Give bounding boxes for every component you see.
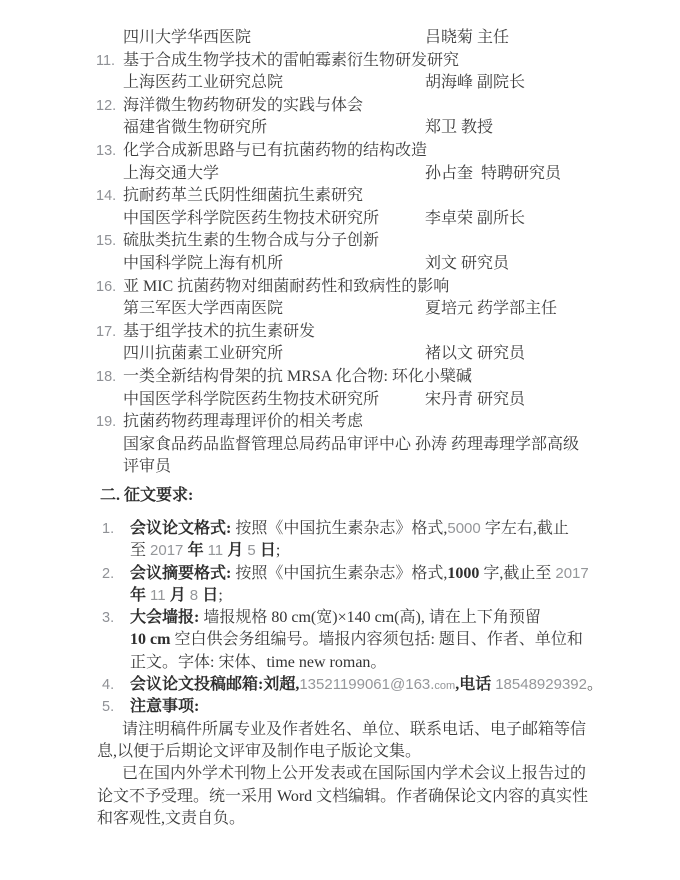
- requirement-line: 3.大会墙报: 墙报规格 80 cm(宽)×140 cm(高), 请在上下角预留: [100, 607, 615, 629]
- text-run: 会议摘要格式:: [130, 565, 231, 582]
- talk-affiliation-row: 福建省微生物研究所郑卫 教授: [100, 117, 610, 140]
- requirement-line: 2.会议摘要格式: 按照《中国抗生素杂志》格式,1000 字,截止至 2017: [100, 563, 615, 585]
- text-run: 会议论文投稿邮箱:刘超,: [130, 676, 299, 693]
- talk-item: 19.抗菌药物药理毒理评价的相关考虑: [100, 411, 610, 434]
- institution-name: 上海交通大学: [123, 165, 219, 182]
- talk-affiliation-row: 四川抗菌素工业研究所褚以文 研究员: [100, 343, 610, 366]
- text-run: (宽): [311, 609, 338, 626]
- talk-item: 18.一类全新结构骨架的抗 MRSA 化合物: 环化小檗碱: [100, 366, 610, 389]
- talk-item: 16.亚 MIC 抗菌药物对细菌耐药性和致病性的影响: [100, 276, 610, 299]
- text-run: 1000: [447, 565, 483, 582]
- document-page: 四川大学华西医院吕晓菊 主任11.基于合成生物学技术的雷帕霉素衍生物研发研究上海…: [0, 0, 680, 880]
- requirement-line: 已在国内外学术刊物上公开发表或在国际国内学术会议上报告过的: [97, 763, 615, 785]
- requirement-number: 3.: [102, 607, 114, 629]
- requirement-number: 1.: [102, 518, 114, 540]
- requirement-line: 论文不予受理。统一采用 Word 文档编辑。作者确保论文内容的真实性: [97, 786, 615, 808]
- talk-item: 15.硫肽类抗生素的生物合成与分子创新: [100, 230, 610, 253]
- talk-title: 抗耐药革兰氏阴性细菌抗生素研究: [123, 187, 363, 204]
- speaker-name: 郑卫 教授: [425, 117, 493, 140]
- requirement-number: 4.: [102, 674, 114, 696]
- institution-name: 上海医药工业研究总院: [123, 74, 283, 91]
- text-run: ×140 cm: [338, 609, 395, 626]
- text-run: time new roman: [266, 654, 370, 671]
- speaker-name: 李卓荣 副所长: [425, 208, 525, 231]
- text-run: 和客观性,文责自负。: [97, 810, 245, 827]
- text-run: 8: [190, 587, 203, 604]
- talk-title: 化学合成新思路与已有抗菌药物的结构改造: [123, 142, 427, 159]
- requirement-line: 和客观性,文责自负。: [97, 808, 615, 830]
- talk-affiliation-row: 中国科学院上海有机所刘文 研究员: [100, 253, 610, 276]
- requirement-line: 至 2017 年 11 月 5 日;: [100, 540, 615, 562]
- text-run: 按照《中国抗生素杂志》格式,: [231, 520, 447, 537]
- requirement-number: 5.: [102, 696, 114, 718]
- text-run: 月: [170, 587, 190, 604]
- talk-item: 17.基于组学技术的抗生素研发: [100, 321, 610, 344]
- institution-name: 福建省微生物研究所: [123, 119, 267, 136]
- speaker-name: 吕晓菊 主任: [425, 27, 509, 50]
- speaker-name: 褚以文 研究员: [425, 343, 525, 366]
- text-run: 论文不予受理。统一采用: [97, 788, 277, 805]
- talk-title: 海洋微生物药物研发的实践与体会: [123, 97, 363, 114]
- talk-affiliation-row: 中国医学科学院医药生物技术研究所宋丹青 研究员: [100, 389, 610, 412]
- talk-number: 17.: [96, 321, 116, 344]
- text-run: 10 cm: [130, 631, 174, 648]
- text-run: 息,以便于后期论文评审及制作电子版论文集。: [97, 743, 421, 760]
- talk-number: 18.: [96, 366, 116, 389]
- text-run: 。: [370, 654, 386, 671]
- text-run: 2017: [555, 565, 588, 582]
- talks-list: 四川大学华西医院吕晓菊 主任11.基于合成生物学技术的雷帕霉素衍生物研发研究上海…: [100, 27, 610, 479]
- requirement-line: 请注明稿件所属专业及作者姓名、单位、联系电话、电子邮箱等信: [97, 719, 615, 741]
- requirement-line: 年 11 月 8 日;: [100, 585, 615, 607]
- text-run: 日: [202, 587, 218, 604]
- requirement-line: 10 cm 空白供会务组编号。墙报内容须包括: 题目、作者、单位和: [100, 629, 615, 651]
- talk-number: 12.: [96, 95, 116, 118]
- talk-number: 16.: [96, 276, 116, 299]
- text-run: 已在国内外学术刊物上公开发表或在国际国内学术会议上报告过的: [122, 765, 586, 782]
- talk-affiliation-row: 第三军医大学西南医院夏培元 药学部主任: [100, 298, 610, 321]
- text-run: 。: [587, 676, 603, 693]
- text-run: 会议论文格式:: [130, 520, 231, 537]
- requirement-line: 息,以便于后期论文评审及制作电子版论文集。: [97, 741, 615, 763]
- text-run: 大会墙报:: [130, 609, 199, 626]
- talk-number: 15.: [96, 230, 116, 253]
- talk-item: 14.抗耐药革兰氏阴性细菌抗生素研究: [100, 185, 610, 208]
- speaker-name: 宋丹青 研究员: [425, 389, 525, 412]
- talk-affiliation-row: 上海交通大学孙占奎 特聘研究员: [100, 163, 610, 186]
- talk-title: 一类全新结构骨架的抗 MRSA 化合物: 环化小檗碱: [123, 368, 472, 385]
- text-run: 文档编辑。作者确保论文内容的真实性: [316, 788, 588, 805]
- talk-number: 14.: [96, 185, 116, 208]
- talk-title: 基于合成生物学技术的雷帕霉素衍生物研发研究: [123, 52, 459, 69]
- text-run: ;: [276, 542, 280, 559]
- text-run: 空白供会务组编号。墙报内容须包括: 题目、作者、单位和: [174, 631, 582, 648]
- talk-title: 亚 MIC 抗菌药物对细菌耐药性和致病性的影响: [123, 278, 449, 295]
- text-run: 13521199061@163.: [299, 676, 434, 693]
- text-run: 80 cm: [271, 609, 311, 626]
- text-run: com: [434, 680, 455, 692]
- speaker-name: 夏培元 药学部主任: [425, 298, 557, 321]
- text-run: 至: [130, 542, 150, 559]
- text-run: 电话: [459, 676, 495, 693]
- text-run: 年: [188, 542, 208, 559]
- talk-title: 硫肽类抗生素的生物合成与分子创新: [123, 232, 379, 249]
- talk-text: 评审员: [123, 458, 171, 475]
- speaker-name: 刘文 研究员: [425, 253, 509, 276]
- talk-item: 13.化学合成新思路与已有抗菌药物的结构改造: [100, 140, 610, 163]
- text-run: 11: [150, 587, 170, 604]
- institution-name: 四川大学华西医院: [123, 29, 251, 46]
- section-heading: 二. 征文要求:: [100, 485, 193, 507]
- text-run: 18548929392: [495, 676, 587, 693]
- talk-text: 国家食品药品监督管理总局药品审评中心 孙涛 药理毒理学部高级: [123, 436, 579, 453]
- text-run: Word: [277, 788, 316, 805]
- requirement-line: 正文。字体: 宋体、time new roman。: [100, 652, 615, 674]
- text-run: 5000: [447, 520, 485, 537]
- talk-text-line: 国家食品药品监督管理总局药品审评中心 孙涛 药理毒理学部高级: [100, 434, 610, 457]
- institution-name: 中国医学科学院医药生物技术研究所: [123, 391, 379, 408]
- text-run: 日: [260, 542, 276, 559]
- text-run: 年: [130, 587, 150, 604]
- text-run: 注意事项:: [130, 698, 199, 715]
- institution-name: 中国医学科学院医药生物技术研究所: [123, 210, 379, 227]
- talk-number: 11.: [96, 50, 115, 73]
- requirement-line: 5.注意事项:: [100, 696, 615, 718]
- institution-name: 第三军医大学西南医院: [123, 300, 283, 317]
- institution-name: 中国科学院上海有机所: [123, 255, 283, 272]
- talk-affiliation-row: 上海医药工业研究总院胡海峰 副院长: [100, 72, 610, 95]
- speaker-name: 孙占奎 特聘研究员: [425, 163, 561, 186]
- talk-item: 12.海洋微生物药物研发的实践与体会: [100, 95, 610, 118]
- text-run: 墙报规格: [199, 609, 271, 626]
- text-run: 5: [247, 542, 260, 559]
- text-run: 按照《中国抗生素杂志》格式,: [231, 565, 447, 582]
- speaker-name: 胡海峰 副院长: [425, 72, 525, 95]
- requirement-line: 1.会议论文格式: 按照《中国抗生素杂志》格式,5000 字左右,截止: [100, 518, 615, 540]
- text-run: 字左右,截止: [485, 520, 569, 537]
- text-run: 字,截止至: [483, 565, 555, 582]
- talk-affiliation-row: 中国医学科学院医药生物技术研究所李卓荣 副所长: [100, 208, 610, 231]
- text-run: 正文。字体: 宋体、: [130, 654, 266, 671]
- text-run: 请注明稿件所属专业及作者姓名、单位、联系电话、电子邮箱等信: [122, 721, 586, 738]
- text-run: 月: [227, 542, 247, 559]
- text-run: (高), 请在上下角预留: [394, 609, 541, 626]
- talk-affiliation-row: 四川大学华西医院吕晓菊 主任: [100, 27, 610, 50]
- requirements-list: 1.会议论文格式: 按照《中国抗生素杂志》格式,5000 字左右,截止至 201…: [100, 518, 615, 830]
- text-run: 11: [208, 542, 228, 559]
- requirement-line: 4.会议论文投稿邮箱:刘超,13521199061@163.com,电话 185…: [100, 674, 615, 696]
- text-run: ;: [218, 587, 222, 604]
- talk-title: 抗菌药物药理毒理评价的相关考虑: [123, 413, 363, 430]
- talk-title: 基于组学技术的抗生素研发: [123, 323, 315, 340]
- institution-name: 四川抗菌素工业研究所: [123, 345, 283, 362]
- requirement-number: 2.: [102, 563, 114, 585]
- talk-number: 19.: [96, 411, 116, 434]
- talk-text-line: 评审员: [100, 456, 610, 479]
- text-run: 2017: [150, 542, 188, 559]
- talk-item: 11.基于合成生物学技术的雷帕霉素衍生物研发研究: [100, 50, 610, 73]
- talk-number: 13.: [96, 140, 116, 163]
